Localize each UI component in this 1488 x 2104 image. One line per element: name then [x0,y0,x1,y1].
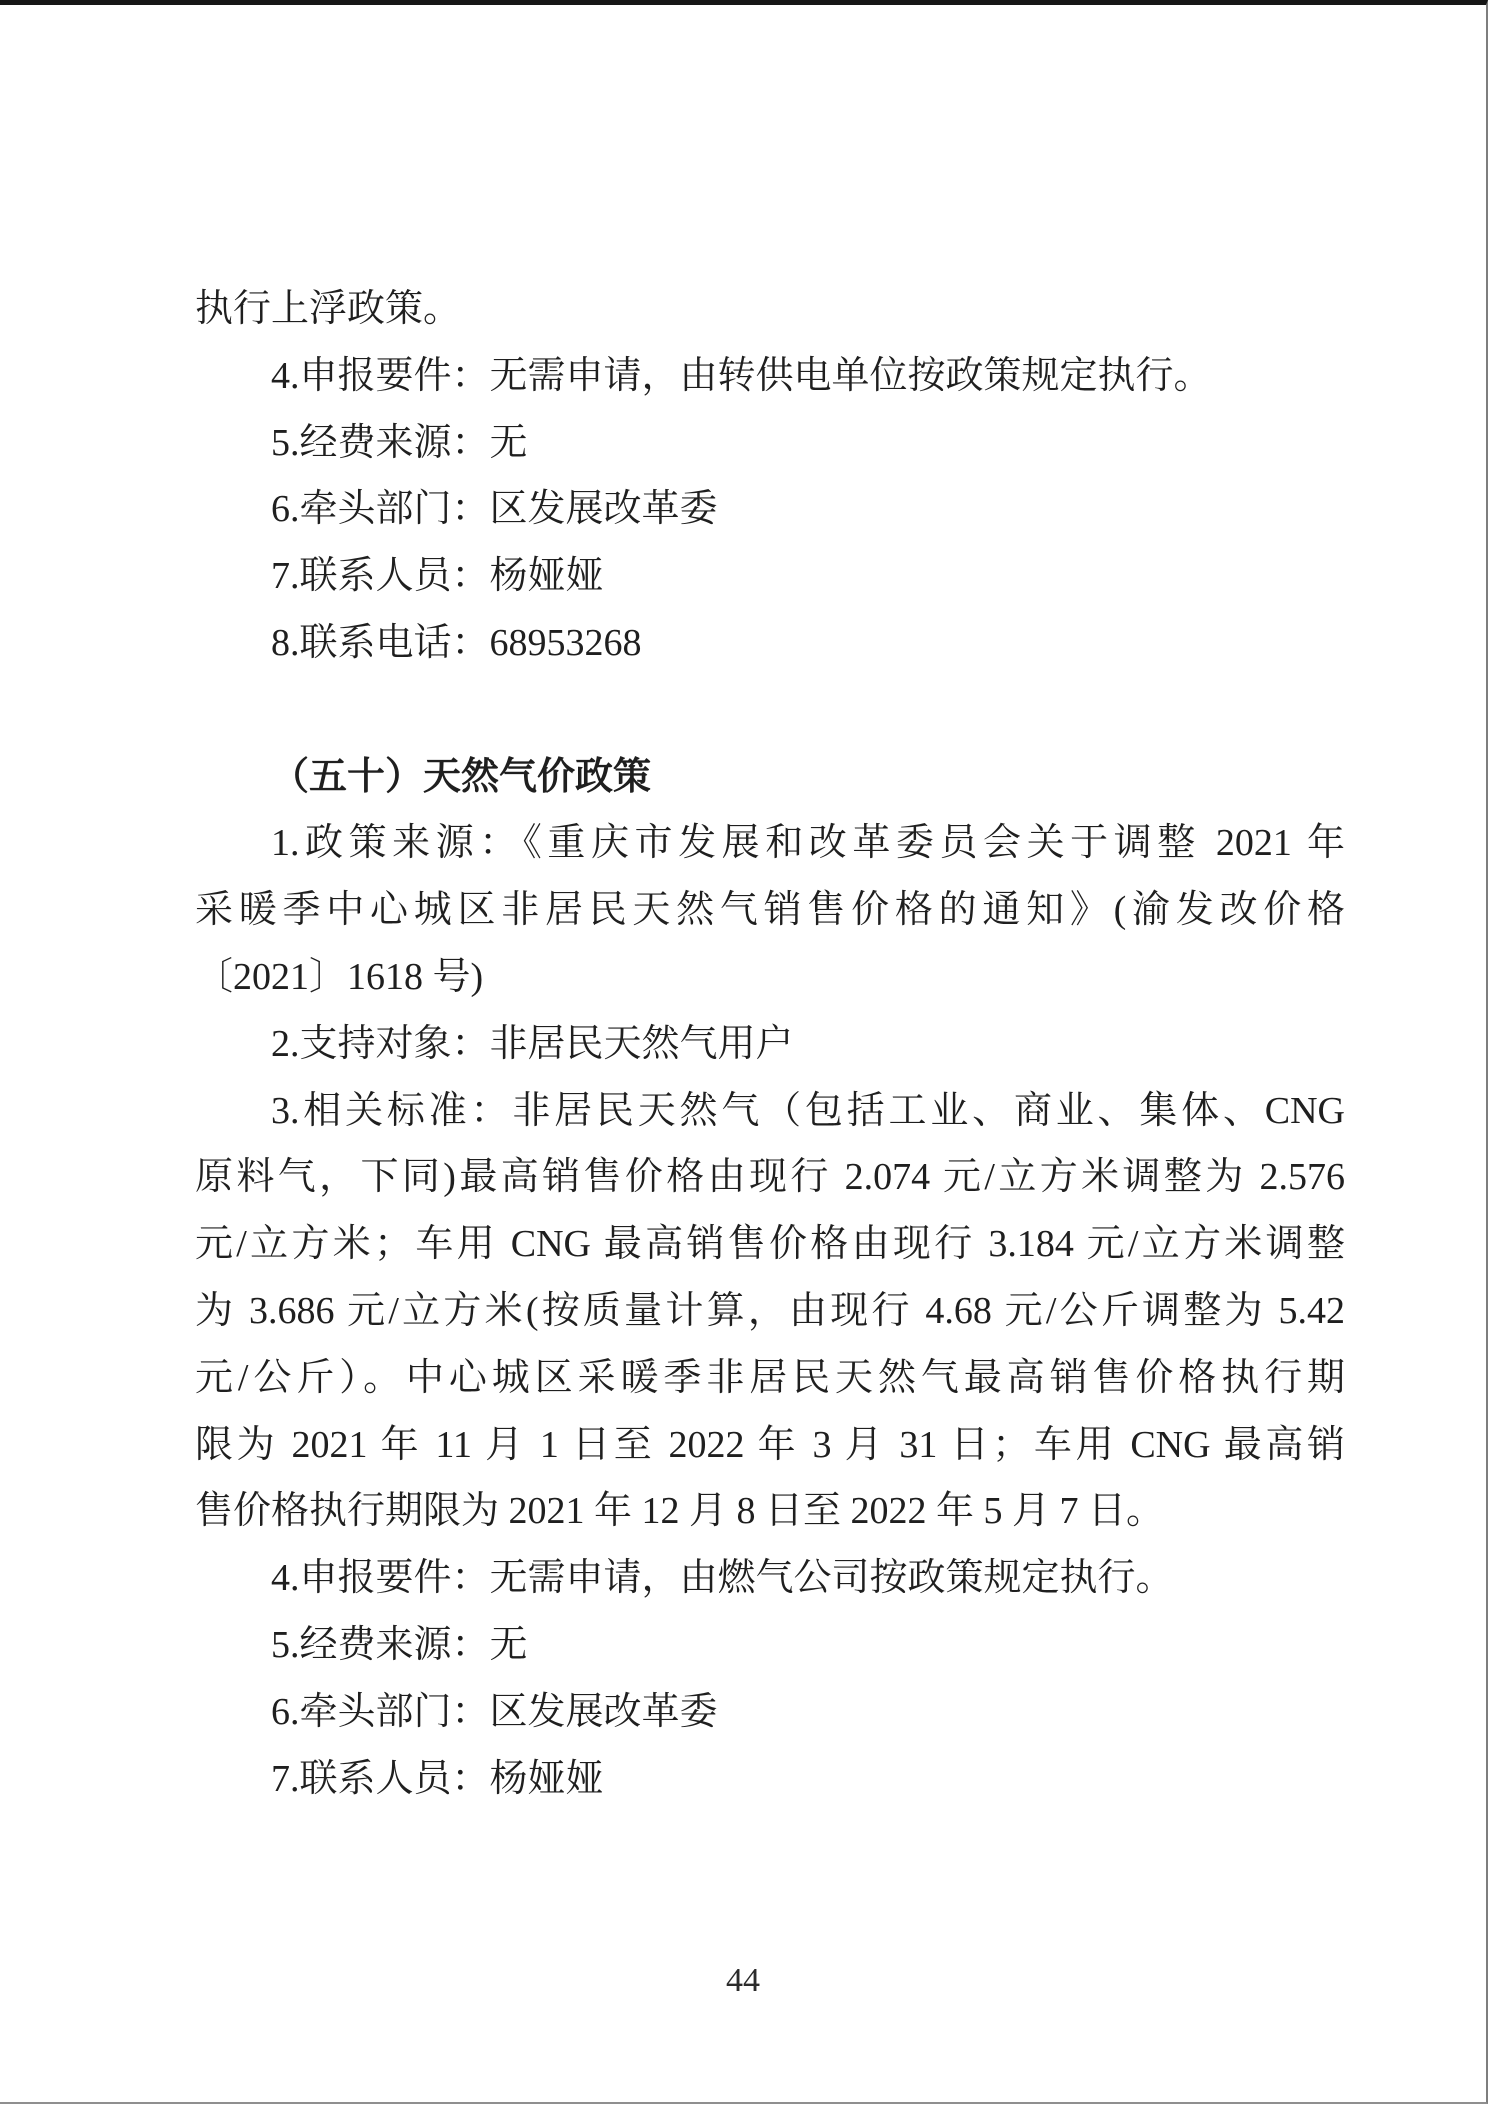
body-line: 7.联系人员：杨娅娅 [195,543,1345,610]
body-line: 采暖季中心城区非居民天然气销售价格的通知》(渝发改价格 [195,877,1345,944]
body-line: 3.相关标准：非居民天然气（包括工业、商业、集体、CNG [195,1078,1345,1145]
body-line: 6.牵头部门：区发展改革委 [195,476,1345,543]
body-line: 限为 2021 年 11 月 1 日至 2022 年 3 月 31 日；车用 C… [195,1412,1345,1479]
body-line: 〔2021〕1618 号) [195,944,1345,1011]
body-line: 1.政策来源：《重庆市发展和改革委员会关于调整 2021 年 [195,810,1345,877]
body-line: 售价格执行期限为 2021 年 12 月 8 日至 2022 年 5 月 7 日… [195,1478,1345,1545]
body-line: 4.申报要件：无需申请，由燃气公司按政策规定执行。 [195,1545,1345,1612]
section-heading: （五十）天然气价政策 [195,744,1345,811]
body-line: 4.申报要件：无需申请，由转供电单位按政策规定执行。 [195,343,1345,410]
body-line: 6.牵头部门：区发展改革委 [195,1679,1345,1746]
blank-line [195,677,1345,744]
body-line: 2.支持对象：非居民天然气用户 [195,1011,1345,1078]
body-line: 5.经费来源：无 [195,1612,1345,1679]
body-line: 元/公斤）。中心城区采暖季非居民天然气最高销售价格执行期 [195,1345,1345,1412]
document-page: 执行上浮政策。4.申报要件：无需申请，由转供电单位按政策规定执行。5.经费来源：… [0,0,1488,2104]
body-line: 5.经费来源：无 [195,410,1345,477]
body-line: 8.联系电话：68953268 [195,610,1345,677]
page-number: 44 [0,1956,1486,2006]
body-line: 为 3.686 元/立方米(按质量计算，由现行 4.68 元/公斤调整为 5.4… [195,1278,1345,1345]
document-body: 执行上浮政策。4.申报要件：无需申请，由转供电单位按政策规定执行。5.经费来源：… [195,276,1345,1812]
body-line: 原料气，下同)最高销售价格由现行 2.074 元/立方米调整为 2.576 [195,1144,1345,1211]
body-line: 7.联系人员：杨娅娅 [195,1746,1345,1813]
body-line: 执行上浮政策。 [195,276,1345,343]
body-line: 元/立方米；车用 CNG 最高销售价格由现行 3.184 元/立方米调整 [195,1211,1345,1278]
